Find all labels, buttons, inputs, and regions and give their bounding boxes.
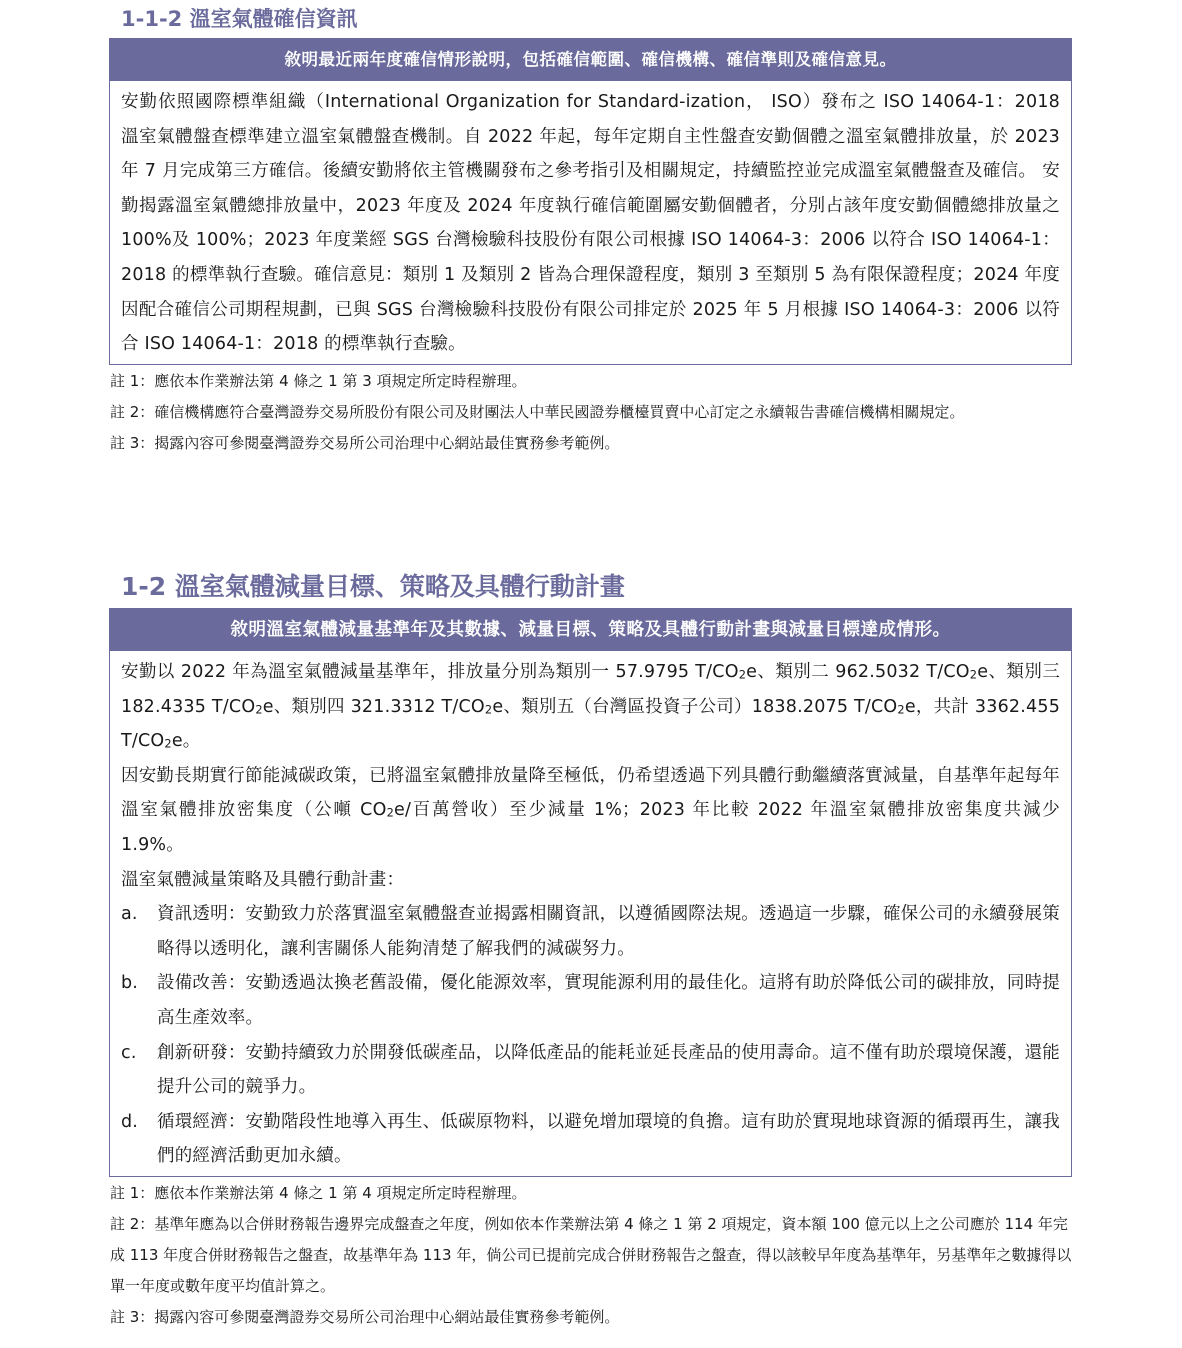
note-1: 註 1：應依本作業辦法第 4 條之 1 第 4 項規定所定時程辦理。 <box>110 1178 1072 1209</box>
list-text: 設備改善：安勤透過汰換老舊設備，優化能源效率，實現能源利用的最佳化。這將有助於降… <box>157 966 1060 1035</box>
list-text: 資訊透明：安勤致力於落實溫室氣體盤查並揭露相關資訊，以遵循國際法規。透過這一步驟… <box>157 897 1060 966</box>
target-paragraph: 因安勤長期實行節能減碳政策，已將溫室氣體排放量降至極低，仍希望透過下列具體行動繼… <box>121 759 1060 863</box>
section-ghg-assurance: 1-1-2 溫室氣體確信資訊 敘明最近兩年度確信情形說明，包括確信範圍、確信機構… <box>109 0 1072 459</box>
list-marker: a. <box>121 897 157 932</box>
strategy-item-b: b. 設備改善：安勤透過汰換老舊設備，優化能源效率，實現能源利用的最佳化。這將有… <box>121 966 1060 1035</box>
category-4: 類別四 321.3312 T/CO2e <box>292 697 504 717</box>
box-header: 敘明最近兩年度確信情形說明，包括確信範圍、確信機構、確信準則及確信意見。 <box>110 39 1071 81</box>
notes: 註 1：應依本作業辦法第 4 條之 1 第 3 項規定所定時程辦理。 註 2：確… <box>109 365 1072 459</box>
note-1: 註 1：應依本作業辦法第 4 條之 1 第 3 項規定所定時程辦理。 <box>110 366 1072 397</box>
reduction-body: 安勤以 2022 年為溫室氣體減量基準年，排放量分別為類別一 57.9795 T… <box>110 651 1071 1176</box>
strategy-item-a: a. 資訊透明：安勤致力於落實溫室氣體盤查並揭露相關資訊，以遵循國際法規。透過這… <box>121 897 1060 966</box>
baseline-paragraph: 安勤以 2022 年為溫室氣體減量基準年，排放量分別為類別一 57.9795 T… <box>121 655 1060 759</box>
box-header: 敘明溫室氣體減量基準年及其數據、減量目標、策略及具體行動計畫與減量目標達成情形。 <box>110 609 1071 651</box>
baseline-intro: 安勤以 2022 年為溫室氣體減量基準年，排放量分別為 <box>121 662 556 682</box>
category-2: 類別二 962.5032 T/CO2e <box>775 662 988 682</box>
list-text: 創新研發：安勤持續致力於開發低碳產品，以降低產品的能耗並延長產品的使用壽命。這不… <box>157 1036 1060 1105</box>
note-3: 註 3：揭露內容可參閱臺灣證券交易所公司治理中心網站最佳實務參考範例。 <box>110 1302 1072 1333</box>
category-1: 類別一 57.9795 T/CO2e <box>556 662 758 682</box>
section-ghg-reduction: 1-2 溫室氣體減量目標、策略及具體行動計畫 敘明溫室氣體減量基準年及其數據、減… <box>109 566 1072 1333</box>
assurance-box: 敘明最近兩年度確信情形說明，包括確信範圍、確信機構、確信準則及確信意見。 安勤依… <box>109 38 1072 365</box>
section-title: 1-1-2 溫室氣體確信資訊 <box>109 0 1072 38</box>
notes: 註 1：應依本作業辦法第 4 條之 1 第 4 項規定所定時程辦理。 註 2：基… <box>109 1177 1072 1333</box>
list-marker: d. <box>121 1105 157 1140</box>
assurance-body: 安勤依照國際標準組織（International Organization fo… <box>110 81 1071 364</box>
section-title: 1-2 溫室氣體減量目標、策略及具體行動計畫 <box>109 566 1072 608</box>
note-2: 註 2：確信機構應符合臺灣證券交易所股份有限公司及財團法人中華民國證券櫃檯買賣中… <box>110 397 1072 428</box>
reduction-box: 敘明溫室氣體減量基準年及其數據、減量目標、策略及具體行動計畫與減量目標達成情形。… <box>109 608 1072 1177</box>
list-marker: b. <box>121 966 157 1001</box>
strategy-item-c: c. 創新研發：安勤持續致力於開發低碳產品，以降低產品的能耗並延長產品的使用壽命… <box>121 1036 1060 1105</box>
assurance-paragraph: 安勤依照國際標準組織（International Organization fo… <box>121 85 1060 362</box>
strategy-item-d: d. 循環經濟：安勤階段性地導入再生、低碳原物料，以避免增加環境的負擔。這有助於… <box>121 1105 1060 1174</box>
category-5: 類別五（台灣區投資子公司）1838.2075 T/CO2e <box>521 697 916 717</box>
list-marker: c. <box>121 1036 157 1071</box>
list-text: 循環經濟：安勤階段性地導入再生、低碳原物料，以避免增加環境的負擔。這有助於實現地… <box>157 1105 1060 1174</box>
strategy-heading: 溫室氣體減量策略及具體行動計畫： <box>121 863 1060 898</box>
note-2: 註 2：基準年應為以合併財務報告邊界完成盤查之年度，例如依本作業辦法第 4 條之… <box>110 1209 1072 1302</box>
note-3: 註 3：揭露內容可參閱臺灣證券交易所公司治理中心網站最佳實務參考範例。 <box>110 428 1072 459</box>
